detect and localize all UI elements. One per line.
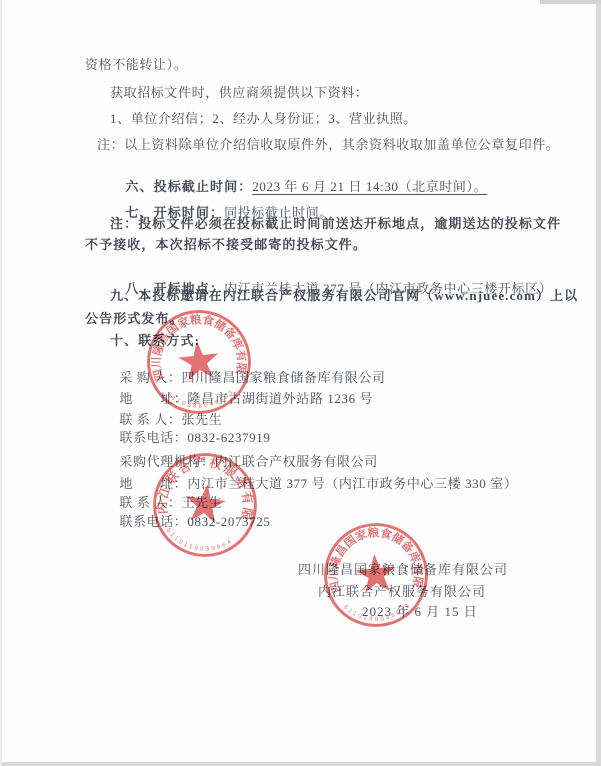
scanned-tender-document: 资格不能转让）。 获取招标文件时，供应商须提供以下资料： 1、单位介绍信；2、经…: [0, 0, 601, 766]
item-contact-heading: 十、联系方式:: [110, 332, 200, 349]
para-delivery-note-line1: 注：投标文件必须在投标截止时间前送达开标地点，逾期送达的投标文件: [110, 215, 561, 232]
para-materials-note: 注：以上资料除单位介绍信收取原件外，其余资料收取加盖单位公章复印件。: [97, 136, 559, 153]
scan-edge-bottom: [0, 762, 601, 766]
para-delivery-note-line2: 不予接收，本次招标不接受邮寄的投标文件。: [85, 236, 367, 253]
para-obtain-documents: 获取招标文件时，供应商须提供以下资料：: [110, 84, 368, 101]
para-required-materials: 1、单位介绍信；2、经办人身份证；3、营业执照。: [110, 110, 417, 127]
agency-phone-label: 联系电话：: [119, 514, 187, 529]
scan-edge-left: [0, 0, 2, 766]
item-announcement-line1: 九、本投标邀请在内江联合产权服务有限公司官网（www.njuee.com）上以: [110, 287, 578, 304]
signature-purchaser-org: 四川隆昌国家粮食储备库有限公司: [298, 561, 508, 578]
scan-edge-top-right: [540, 0, 601, 4]
scan-edge-right: [596, 0, 601, 766]
signature-agency-org: 内江联合产权服务有限公司: [318, 583, 486, 600]
para-qualification-transfer: 资格不能转让）。: [85, 56, 187, 73]
signature-date: 2023 年 6 月 15 日: [362, 603, 478, 620]
agency-addr-value: 内江市兰桂大道 377 号（内江市政务中心三楼 330 室）: [187, 476, 517, 491]
agency-phone-value: 0832-2073725: [187, 514, 270, 529]
agency-phone-row: 联系电话：0832-2073725: [104, 496, 270, 547]
item-announcement-line2: 公告形式发布。: [85, 310, 184, 327]
